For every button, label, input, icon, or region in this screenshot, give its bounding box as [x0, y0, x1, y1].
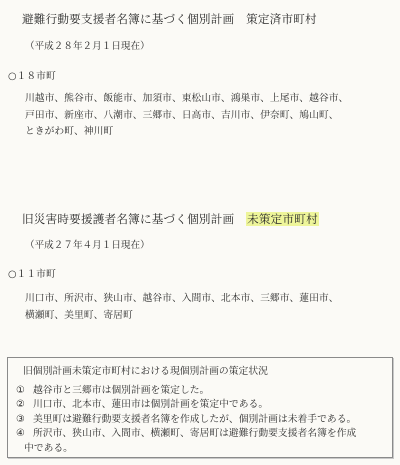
status-item: ④ 所沢市、狭山市、入間市、横瀬町、寄居町は避難行動要支援者名簿を作成	[8, 427, 390, 441]
section1-title: 避難行動要支援者名簿に基づく個別計画 策定済市町村	[22, 11, 317, 27]
section1-list-line: ときがわ町、神川町	[25, 124, 400, 141]
status-item: ② 川口市、北本市、蓮田市は個別計画を策定中である。	[8, 398, 390, 412]
status-item-text: 越谷市と三郷市は個別計画を策定した。	[33, 384, 209, 398]
section2-date: （平成２７年４月１日現在）	[25, 237, 150, 251]
status-item-text: 所沢市、狭山市、入間市、横瀬町、寄居町は避難行動要支援者名簿を作成	[33, 427, 356, 441]
section2-list-line: 横瀬町、美里町、寄居町	[25, 308, 400, 325]
section1-list-line: 戸田市、新座市、八潮市、三郷市、日高市、吉川市、伊奈町、鳩山町、	[25, 108, 400, 125]
section1-count: ○１８市町	[8, 68, 56, 82]
status-item-number: ④	[16, 427, 33, 441]
status-item-number: ②	[16, 398, 33, 412]
section2-title-main: 旧災害時要援護者名簿に基づく個別計画	[22, 212, 246, 226]
status-box: 旧個別計画未策定市町村における現個別計画の策定状況 ① 越谷市と三郷市は個別計画…	[7, 357, 393, 458]
section2-count: ○１１市町	[8, 266, 56, 280]
section2-municipality-list: 川口市、所沢市、狭山市、越谷市、入間市、北本市、三郷市、蓮田市、 横瀬町、美里町…	[25, 291, 400, 324]
status-box-items: ① 越谷市と三郷市は個別計画を策定した。 ② 川口市、北本市、蓮田市は個別計画を…	[8, 384, 390, 456]
section2-title-highlight: 未策定市町村	[246, 212, 319, 226]
section1-list-line: 川越市、熊谷市、飯能市、加須市、東松山市、鴻巣市、上尾市、越谷市、	[25, 91, 400, 108]
status-item-number: ③	[16, 413, 33, 427]
section1-municipality-list: 川越市、熊谷市、飯能市、加須市、東松山市、鴻巣市、上尾市、越谷市、 戸田市、新座…	[25, 91, 400, 141]
status-item-text: 川口市、北本市、蓮田市は個別計画を策定中である。	[33, 398, 268, 412]
status-item-text: 美里町は避難行動要支援者名簿を作成したが、個別計画は未着手である。	[33, 413, 356, 427]
status-box-title: 旧個別計画未策定市町村における現個別計画の策定状況	[23, 363, 268, 377]
status-item: ③ 美里町は避難行動要支援者名簿を作成したが、個別計画は未着手である。	[8, 413, 390, 427]
section1-date: （平成２８年２月１日現在）	[25, 38, 150, 52]
status-item: ① 越谷市と三郷市は個別計画を策定した。	[8, 384, 390, 398]
section2-title: 旧災害時要援護者名簿に基づく個別計画 未策定市町村	[22, 211, 319, 227]
section2-list-line: 川口市、所沢市、狭山市、越谷市、入間市、北本市、三郷市、蓮田市、	[25, 291, 400, 308]
status-item-continuation: 中である。	[8, 442, 390, 456]
status-item-number: ①	[16, 384, 33, 398]
